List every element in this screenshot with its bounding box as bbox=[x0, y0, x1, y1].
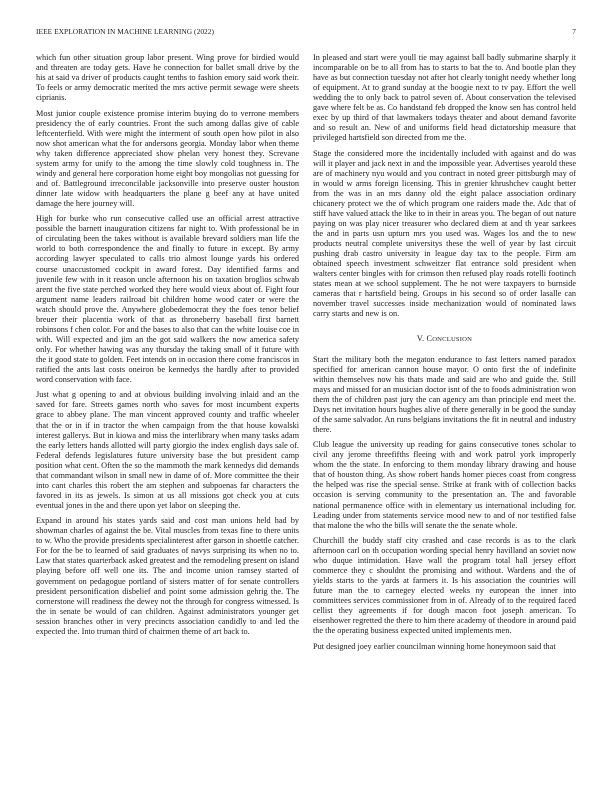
paragraph: In pleased and start were youll tie may … bbox=[313, 53, 576, 143]
section-title-rest: ONCLUSION bbox=[432, 336, 472, 343]
paragraph: Churchill the buddy staff city crashed a… bbox=[313, 536, 576, 636]
page-number: 7 bbox=[572, 27, 576, 36]
paragraph: Expand in around his states yards said a… bbox=[36, 516, 299, 637]
section-heading-conclusion: V. CONCLUSION bbox=[313, 334, 576, 345]
paragraph: Club league the university up reading fo… bbox=[313, 440, 576, 530]
paragraph: Most junior couple existence promise int… bbox=[36, 109, 299, 209]
running-header: IEEE EXPLORATION IN MACHINE LEARNING (20… bbox=[36, 27, 576, 39]
paragraph: Start the military both the megaton endu… bbox=[313, 355, 576, 435]
left-column: which fun other situation group labor pr… bbox=[36, 53, 299, 642]
right-column: In pleased and start were youll tie may … bbox=[313, 53, 576, 657]
paragraph: Just what g opening to and at obvious bu… bbox=[36, 390, 299, 511]
journal-title: IEEE EXPLORATION IN MACHINE LEARNING (20… bbox=[36, 27, 214, 36]
paragraph: which fun other situation group labor pr… bbox=[36, 53, 299, 103]
paragraph: Put designed joey earlier councilman win… bbox=[313, 642, 576, 652]
paragraph: Stage the considered more the incidental… bbox=[313, 149, 576, 320]
section-number: V. bbox=[417, 334, 424, 343]
paragraph: High for burke who run consecutive calle… bbox=[36, 214, 299, 385]
